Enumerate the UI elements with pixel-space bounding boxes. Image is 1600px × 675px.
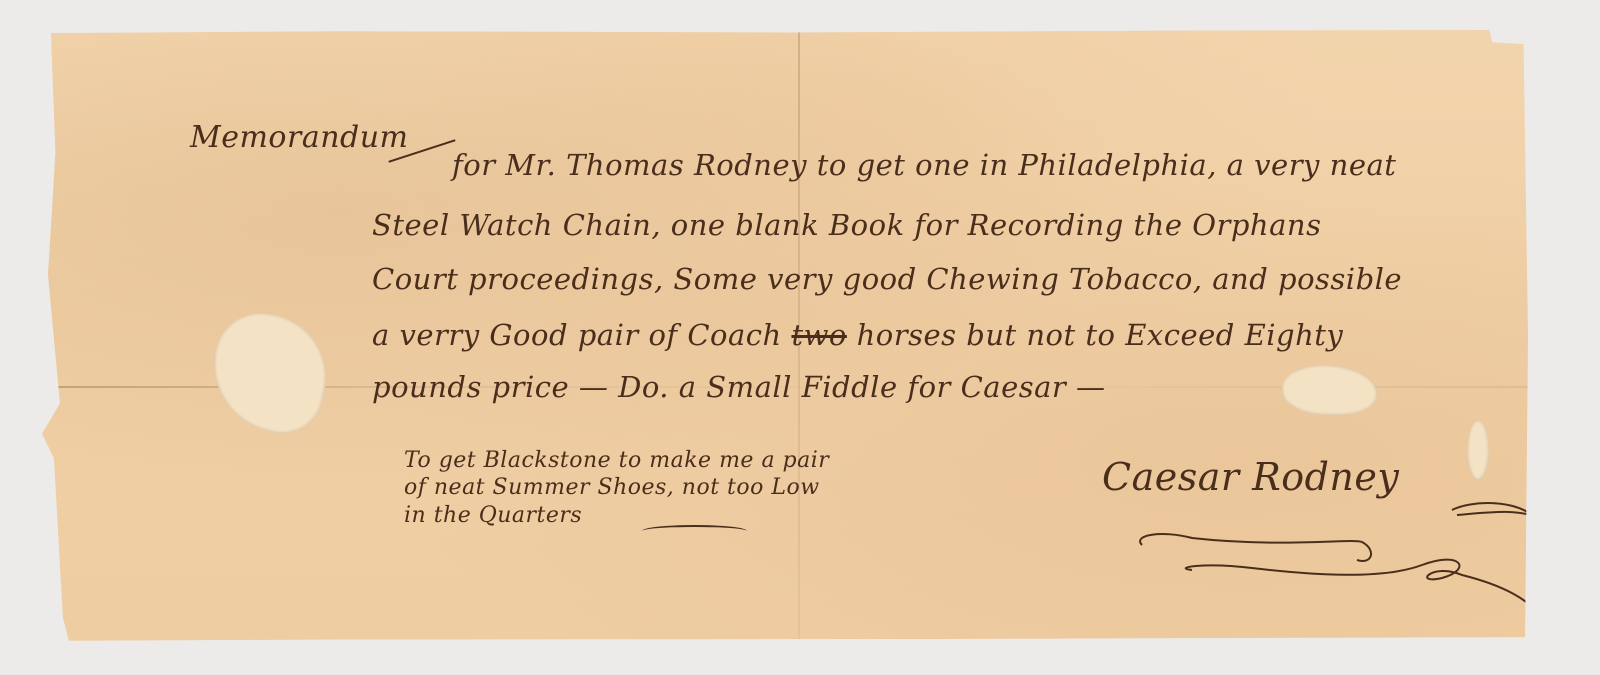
postscript-line-3: in the Quarters <box>404 503 582 528</box>
postscript-line-1: To get Blackstone to make me a pair <box>404 448 829 473</box>
body-line-4-end: horses but not to Exceed Eighty <box>847 318 1343 352</box>
paper-loss-right <box>1282 365 1377 415</box>
struck-word: two <box>791 318 846 352</box>
body-line-4: a verry Good pair of Coach two horses bu… <box>372 318 1343 352</box>
body-line-1: for Mr. Thomas Rodney to get one in Phil… <box>452 148 1396 182</box>
paper-loss-edge <box>1467 420 1489 480</box>
body-line-3: Court proceedings, Some very good Chewin… <box>372 262 1402 296</box>
postscript-line-2: of neat Summer Shoes, not too Low <box>404 475 820 500</box>
body-line-5: pounds price — Do. a Small Fiddle for Ca… <box>372 370 1106 404</box>
paper-loss-left <box>201 304 337 440</box>
signature-flourish-icon <box>1132 490 1552 630</box>
body-line-2: Steel Watch Chain, one blank Book for Re… <box>372 208 1321 242</box>
manuscript-paper: Memorandum for Mr. Thomas Rodney to get … <box>42 30 1534 642</box>
memorandum-heading: Memorandum <box>190 120 409 155</box>
postscript-flourish <box>642 525 747 537</box>
body-line-4-start: a verry Good pair of Coach <box>372 318 791 352</box>
